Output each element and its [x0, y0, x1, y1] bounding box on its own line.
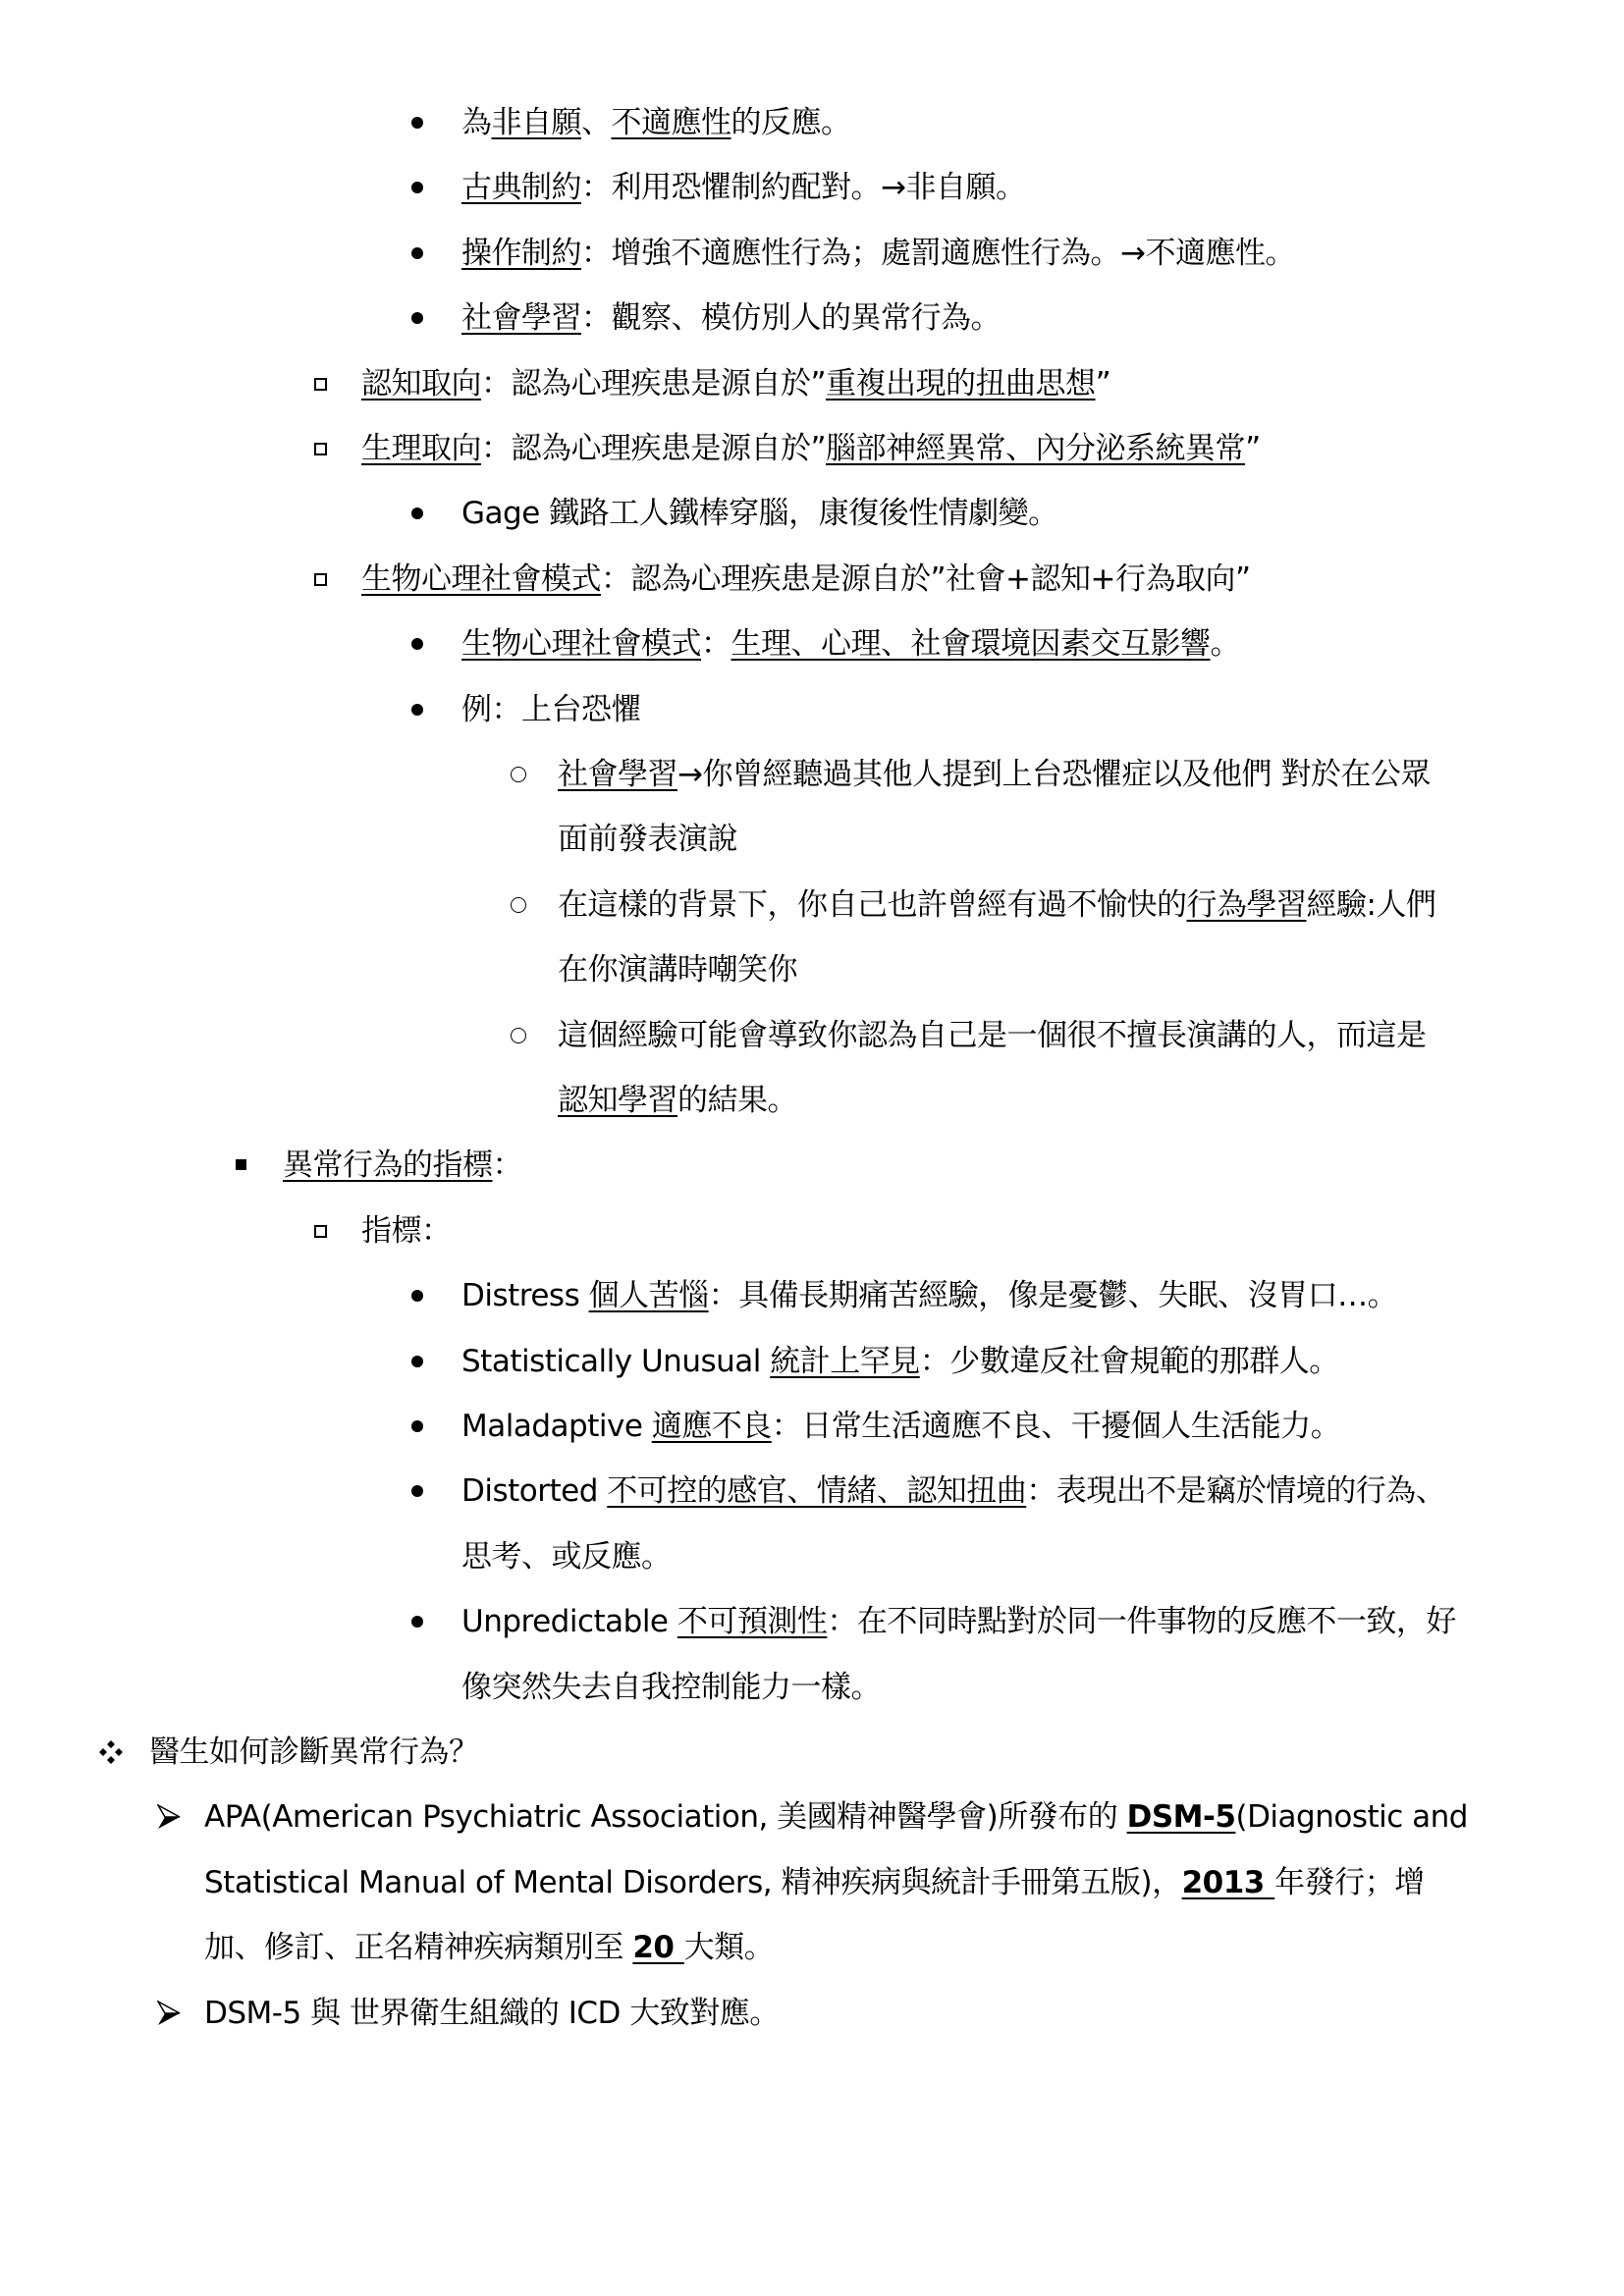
underlined-term: 20: [632, 1930, 683, 1965]
text-segment: 指標：: [361, 1213, 452, 1249]
list-item-line: 生物心理社會模式：生理、心理、社會環境因素交互影響。: [461, 612, 1240, 676]
text-segment: (Diagnostic and: [1235, 1799, 1468, 1835]
text-segment: ：: [493, 1148, 523, 1183]
underlined-term: 適應不良: [652, 1409, 772, 1444]
text-segment: ：認為心理疾患是源自於”: [481, 366, 826, 401]
underlined-term: 生物心理社會模式: [461, 626, 701, 662]
text-segment: 醫生如何診斷異常行為？: [149, 1735, 479, 1770]
text-segment: ：在不同時點對於同一件事物的反應不一致，好: [827, 1604, 1456, 1639]
text-segment: 在這樣的背景下，你自己也許曾經有過不愉快的: [558, 887, 1187, 923]
underlined-term: 認知學習: [558, 1083, 677, 1118]
text-segment: ：少數違反社會規範的那群人。: [920, 1344, 1339, 1379]
bullet-filled-square-icon: [236, 1159, 246, 1170]
bullet-dot-icon: [411, 117, 423, 129]
underlined-term: 操作制約: [461, 236, 581, 271]
list-item-line: Statistically Unusual 統計上罕見：少數違反社會規範的那群人…: [461, 1329, 1339, 1394]
text-segment: ：認為心理疾患是源自於”: [481, 431, 826, 466]
underlined-term: 生物心理社會模式: [361, 561, 601, 597]
text-segment: 例：上台恐懼: [461, 692, 641, 727]
underlined-term: 不適應性: [612, 105, 731, 140]
text-segment: 這個經驗可能會導致你認為自己是一個很不擅長演講的人，而這是: [558, 1018, 1427, 1053]
text-segment: Distorted: [461, 1473, 607, 1509]
text-segment: 年發行；增: [1274, 1865, 1425, 1900]
text-segment: 的結果。: [677, 1083, 797, 1118]
bullet-dot-icon: [411, 312, 423, 324]
text-segment: Statistical Manual of Mental Disorders, …: [204, 1865, 1182, 1900]
text-segment: →你曾經聽過其他人提到上台恐懼症以及他們 對於在公眾: [677, 757, 1431, 792]
underlined-term: 重複出現的扭曲思想: [826, 366, 1096, 401]
underlined-term: 不可預測性: [677, 1604, 828, 1639]
bullet-circle-icon: [511, 897, 526, 913]
text-segment: ：表現出不是竊於情境的行為、: [1026, 1473, 1445, 1509]
list-item-line: 思考、或反應。: [461, 1524, 672, 1589]
list-item-line: 在這樣的背景下，你自己也許曾經有過不愉快的行為學習經驗:人們: [558, 873, 1435, 937]
list-item-line: Unpredictable 不可預測性：在不同時點對於同一件事物的反應不一致，好: [461, 1589, 1456, 1654]
underlined-term: 生理、心理、社會環境因素交互影響: [731, 626, 1211, 662]
list-item-line: 醫生如何診斷異常行為？: [149, 1720, 479, 1785]
bullet-open-square-icon: [314, 443, 327, 455]
bullet-dot-icon: [411, 1616, 423, 1628]
underlined-term: 2013: [1182, 1865, 1275, 1900]
text-segment: 在你演講時嘲笑你: [558, 952, 797, 988]
text-segment: Maladaptive: [461, 1409, 652, 1444]
bullet-open-square-icon: [314, 378, 327, 391]
bullet-diamond-cluster-icon: [98, 1739, 124, 1765]
bullet-dot-icon: [411, 1356, 423, 1367]
text-segment: 加、修訂、正名精神疾病類別至: [204, 1930, 632, 1965]
text-segment: Statistically Unusual: [461, 1344, 770, 1379]
underlined-term: 古典制約: [461, 170, 581, 205]
underlined-term: 社會學習: [558, 757, 677, 792]
text-segment: 思考、或反應。: [461, 1539, 672, 1575]
list-item-line: 像突然失去自我控制能力一樣。: [461, 1655, 881, 1720]
list-item-line: 生物心理社會模式：認為心理疾患是源自於”社會+認知+行為取向”: [361, 547, 1251, 612]
bullet-circle-icon: [511, 1028, 526, 1043]
bullet-circle-icon: [511, 767, 526, 782]
list-item-line: Gage 鐵路工人鐵棒穿腦，康復後性情劇變。: [461, 481, 1058, 546]
text-segment: ：利用恐懼制約配對。→非自願。: [581, 170, 1025, 205]
text-segment: ：觀察、模仿別人的異常行為。: [581, 300, 1001, 336]
text-segment: ”: [1245, 431, 1261, 466]
list-item-line: 社會學習→你曾經聽過其他人提到上台恐懼症以及他們 對於在公眾: [558, 742, 1431, 807]
list-item-line: 古典制約：利用恐懼制約配對。→非自願。: [461, 155, 1025, 220]
list-item-line: APA(American Psychiatric Association, 美國…: [204, 1785, 1468, 1849]
list-item-line: 指標：: [361, 1199, 452, 1263]
bullet-dot-icon: [411, 1290, 423, 1302]
text-segment: ：: [701, 626, 731, 662]
bullet-dot-icon: [411, 704, 423, 716]
underlined-term: 非自願: [492, 105, 582, 140]
list-item-line: 社會學習：觀察、模仿別人的異常行為。: [461, 286, 1001, 350]
text-segment: 的反應。: [731, 105, 851, 140]
list-item-line: DSM-5 與 世界衛生組織的 ICD 大致對應。: [204, 1981, 780, 2046]
list-item-line: 為非自願、不適應性的反應。: [461, 90, 851, 155]
text-segment: 面前發表演說: [558, 822, 737, 857]
underlined-term: 統計上罕見: [770, 1344, 920, 1379]
bullet-open-square-icon: [314, 1225, 327, 1238]
list-item-line: 加、修訂、正名精神疾病類別至 20 大類。: [204, 1915, 774, 1980]
text-segment: ：日常生活適應不良、干擾個人生活能力。: [772, 1409, 1341, 1444]
text-segment: APA(American Psychiatric Association, 美國…: [204, 1799, 1127, 1835]
list-item-line: 在你演講時嘲笑你: [558, 937, 797, 1002]
underlined-term: 腦部神經異常、內分泌系統異常: [826, 431, 1245, 466]
list-item-line: 異常行為的指標：: [283, 1133, 522, 1198]
underlined-term: 行為學習: [1187, 887, 1307, 923]
bullet-open-square-icon: [314, 573, 327, 586]
bullet-dot-icon: [411, 182, 423, 193]
bullet-dot-icon: [411, 1420, 423, 1432]
text-segment: ：增強不適應性行為；處罰適應性行為。→不適應性。: [581, 236, 1295, 271]
underlined-term: 不可控的感官、情緒、認知扭曲: [607, 1473, 1026, 1509]
list-item-line: Distorted 不可控的感官、情緒、認知扭曲：表現出不是竊於情境的行為、: [461, 1459, 1445, 1523]
bullet-dot-icon: [411, 507, 423, 519]
list-item-line: Maladaptive 適應不良：日常生活適應不良、干擾個人生活能力。: [461, 1394, 1340, 1459]
list-item-line: 生理取向：認為心理疾患是源自於”腦部神經異常、內分泌系統異常”: [361, 416, 1261, 481]
list-item-line: Statistical Manual of Mental Disorders, …: [204, 1850, 1425, 1915]
text-segment: ：認為心理疾患是源自於”社會+認知+行為取向”: [601, 561, 1251, 597]
text-segment: ”: [1096, 366, 1111, 401]
bullet-arrowhead-icon: [157, 2001, 181, 2026]
list-item-line: 認知取向：認為心理疾患是源自於”重複出現的扭曲思想”: [361, 351, 1110, 416]
text-segment: 經驗:人們: [1307, 887, 1436, 923]
list-item-line: 認知學習的結果。: [558, 1068, 797, 1133]
bullet-dot-icon: [411, 638, 423, 650]
underlined-term: 異常行為的指標: [283, 1148, 493, 1183]
bullet-dot-icon: [411, 247, 423, 259]
bullet-dot-icon: [411, 1485, 423, 1497]
text-segment: 。: [1211, 626, 1241, 662]
text-segment: 為: [461, 105, 492, 140]
underlined-term: 社會學習: [461, 300, 581, 336]
text-segment: 像突然失去自我控制能力一樣。: [461, 1670, 881, 1705]
text-segment: Unpredictable: [461, 1604, 677, 1639]
underlined-term: 生理取向: [361, 431, 481, 466]
text-segment: DSM-5 與 世界衛生組織的 ICD 大致對應。: [204, 1996, 780, 2031]
bullet-arrowhead-icon: [157, 1804, 181, 1830]
underlined-term: DSM-5: [1127, 1799, 1236, 1835]
text-segment: ：具備長期痛苦經驗，像是憂鬱、失眠、沒胃口…。: [709, 1278, 1398, 1313]
text-segment: Gage 鐵路工人鐵棒穿腦，康復後性情劇變。: [461, 496, 1058, 531]
list-item-line: 例：上台恐懼: [461, 677, 641, 742]
text-segment: 、: [581, 105, 612, 140]
underlined-term: 個人苦惱: [589, 1278, 709, 1313]
list-item-line: Distress 個人苦惱：具備長期痛苦經驗，像是憂鬱、失眠、沒胃口…。: [461, 1263, 1397, 1328]
list-item-line: 面前發表演說: [558, 807, 737, 872]
list-item-line: 這個經驗可能會導致你認為自己是一個很不擅長演講的人，而這是: [558, 1003, 1427, 1068]
underlined-term: 認知取向: [361, 366, 481, 401]
text-segment: Distress: [461, 1278, 589, 1313]
list-item-line: 操作制約：增強不適應性行為；處罰適應性行為。→不適應性。: [461, 221, 1295, 286]
text-segment: 大類。: [684, 1930, 775, 1965]
